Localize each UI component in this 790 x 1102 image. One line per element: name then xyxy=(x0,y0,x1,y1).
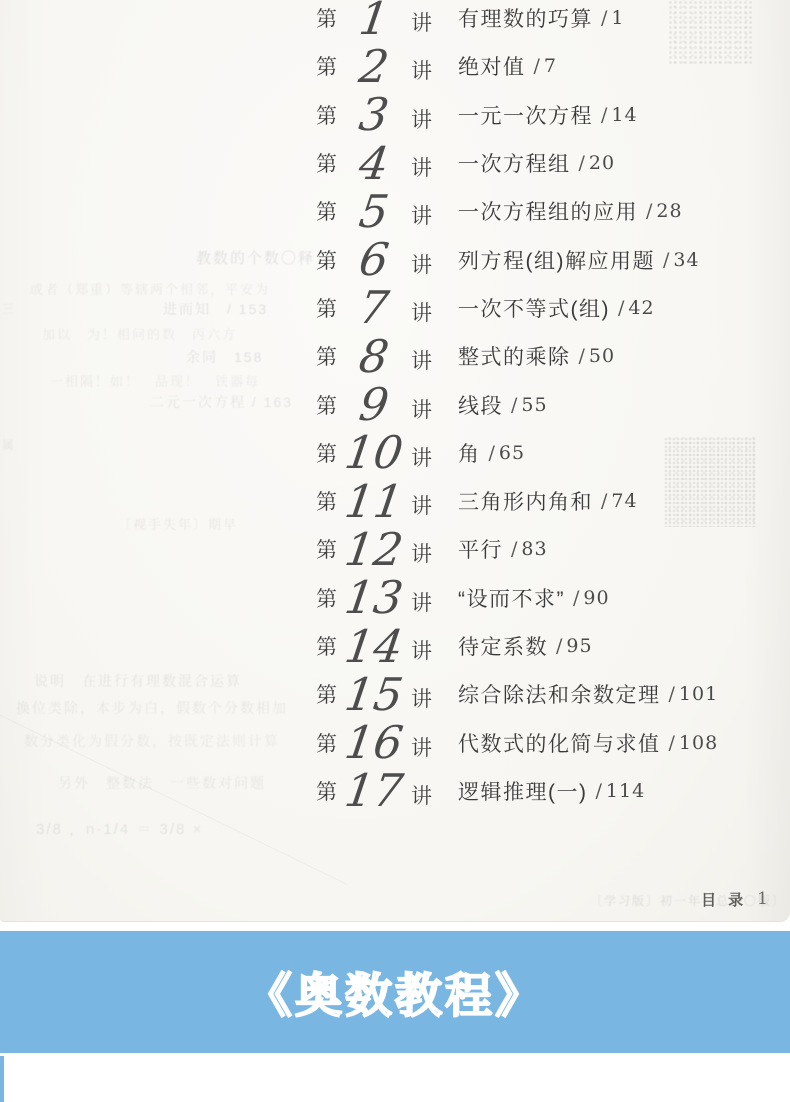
chapter-title: 一次方程组 xyxy=(458,148,571,178)
chapter-title: 一元一次方程 xyxy=(458,100,593,130)
chapter-title: 综合除法和余数定理 xyxy=(458,679,661,709)
page-footer: 目录 1 xyxy=(701,889,768,909)
scanned-toc-page: 第 1 讲 有理数的巧算 / 1 第 2 讲 绝对值 / 7 第 3 讲 一元一… xyxy=(0,0,790,922)
chapter-suffix: 讲 xyxy=(411,683,432,713)
chapter-separator: / xyxy=(601,104,607,126)
chapter-separator: / xyxy=(669,683,675,705)
chapter-title: 代数式的化简与求值 xyxy=(458,728,661,758)
chapter-prefix: 第 xyxy=(316,245,337,275)
chapter-suffix: 讲 xyxy=(411,249,432,279)
chapter-number: 12 xyxy=(334,527,414,572)
toc-entry: 第 11 讲 三角形内角和 / 74 xyxy=(0,477,790,525)
chapter-prefix: 第 xyxy=(316,631,337,661)
chapter-prefix: 第 xyxy=(316,341,337,371)
chapter-title: 线段 xyxy=(458,390,503,420)
chapter-separator: / xyxy=(579,345,585,367)
chapter-page-number: 90 xyxy=(583,587,609,609)
chapter-page-number: 34 xyxy=(673,249,699,271)
chapter-suffix: 讲 xyxy=(411,587,432,617)
chapter-suffix: 讲 xyxy=(411,297,432,327)
chapter-suffix: 讲 xyxy=(411,7,432,37)
toc-entry: 第 16 讲 代数式的化简与求值 / 108 xyxy=(0,718,790,766)
chapter-prefix: 第 xyxy=(316,100,337,130)
toc-list: 第 1 讲 有理数的巧算 / 1 第 2 讲 绝对值 / 7 第 3 讲 一元一… xyxy=(0,0,790,815)
chapter-number: 13 xyxy=(334,575,414,620)
chapter-number: 9 xyxy=(334,382,414,427)
chapter-number: 8 xyxy=(334,334,414,379)
chapter-title: 三角形内角和 xyxy=(458,486,593,516)
toc-entry: 第 6 讲 列方程(组)解应用题 / 34 xyxy=(0,235,790,283)
chapter-prefix: 第 xyxy=(316,438,337,468)
chapter-page-number: 42 xyxy=(628,297,654,319)
chapter-number: 11 xyxy=(334,479,414,524)
chapter-page-number: 65 xyxy=(499,442,525,464)
chapter-page-number: 74 xyxy=(611,490,637,512)
chapter-number: 7 xyxy=(334,285,414,330)
chapter-prefix: 第 xyxy=(316,3,337,33)
chapter-separator: / xyxy=(646,200,652,222)
chapter-prefix: 第 xyxy=(316,728,337,758)
book-title-banner: 《奥数教程》 xyxy=(0,931,790,1053)
chapter-prefix: 第 xyxy=(316,776,337,806)
chapter-title: 绝对值 xyxy=(458,51,526,81)
book-title: 《奥数教程》 xyxy=(245,959,545,1026)
ghost-bleedthrough-text: 3/8 ，n·1/4 ＝ 3/8 × xyxy=(36,818,203,839)
chapter-separator: / xyxy=(511,538,517,560)
chapter-suffix: 讲 xyxy=(411,635,432,665)
next-card-edge xyxy=(0,1056,4,1102)
chapter-separator: / xyxy=(663,249,669,271)
chapter-separator: / xyxy=(489,442,495,464)
chapter-title: 一次不等式(组) xyxy=(458,293,610,323)
chapter-page-number: 83 xyxy=(521,538,547,560)
chapter-prefix: 第 xyxy=(316,293,337,323)
chapter-suffix: 讲 xyxy=(411,442,432,472)
chapter-prefix: 第 xyxy=(316,196,337,226)
chapter-separator: / xyxy=(534,55,540,77)
chapter-prefix: 第 xyxy=(316,51,337,81)
chapter-suffix: 讲 xyxy=(411,780,432,810)
footer-section-label: 目录 xyxy=(701,889,755,910)
chapter-number: 14 xyxy=(334,624,414,669)
chapter-separator: / xyxy=(601,490,607,512)
chapter-separator: / xyxy=(556,635,562,657)
chapter-title: 平行 xyxy=(458,534,503,564)
chapter-separator: / xyxy=(601,7,607,29)
toc-entry: 第 15 讲 综合除法和余数定理 / 101 xyxy=(0,670,790,718)
chapter-page-number: 55 xyxy=(521,394,547,416)
toc-entry: 第 13 讲 “设而不求” / 90 xyxy=(0,574,790,622)
chapter-number: 10 xyxy=(334,430,414,475)
chapter-title: 整式的乘除 xyxy=(458,341,571,371)
toc-entry: 第 2 讲 绝对值 / 7 xyxy=(0,42,790,90)
chapter-suffix: 讲 xyxy=(411,538,432,568)
toc-entry: 第 17 讲 逻辑推理(一) / 114 xyxy=(0,767,790,815)
chapter-number: 15 xyxy=(334,672,414,717)
footer-page-number: 1 xyxy=(757,889,768,909)
chapter-suffix: 讲 xyxy=(411,345,432,375)
chapter-number: 6 xyxy=(334,237,414,282)
chapter-page-number: 108 xyxy=(679,732,718,754)
chapter-number: 1 xyxy=(334,0,414,41)
chapter-prefix: 第 xyxy=(316,583,337,613)
chapter-suffix: 讲 xyxy=(411,394,432,424)
chapter-separator: / xyxy=(596,780,602,802)
chapter-title: 待定系数 xyxy=(458,631,548,661)
chapter-separator: / xyxy=(669,732,675,754)
chapter-suffix: 讲 xyxy=(411,104,432,134)
chapter-title: 一次方程组的应用 xyxy=(458,196,638,226)
chapter-number: 3 xyxy=(334,92,414,137)
chapter-page-number: 1 xyxy=(611,7,624,29)
chapter-number: 4 xyxy=(334,141,414,186)
toc-entry: 第 5 讲 一次方程组的应用 / 28 xyxy=(0,187,790,235)
chapter-page-number: 101 xyxy=(679,683,718,705)
chapter-title: 列方程(组)解应用题 xyxy=(458,245,655,275)
toc-entry: 第 10 讲 角 / 65 xyxy=(0,429,790,477)
chapter-page-number: 7 xyxy=(544,55,557,77)
chapter-separator: / xyxy=(579,152,585,174)
toc-entry: 第 9 讲 线段 / 55 xyxy=(0,380,790,428)
toc-entry: 第 4 讲 一次方程组 / 20 xyxy=(0,139,790,187)
chapter-title: 角 xyxy=(458,438,481,468)
toc-entry: 第 14 讲 待定系数 / 95 xyxy=(0,622,790,670)
chapter-separator: / xyxy=(618,297,624,319)
chapter-number: 16 xyxy=(334,720,414,765)
toc-entry: 第 1 讲 有理数的巧算 / 1 xyxy=(0,0,790,42)
chapter-title: 有理数的巧算 xyxy=(458,3,593,33)
chapter-suffix: 讲 xyxy=(411,490,432,520)
chapter-suffix: 讲 xyxy=(411,152,432,182)
chapter-prefix: 第 xyxy=(316,534,337,564)
chapter-separator: / xyxy=(511,394,517,416)
chapter-number: 5 xyxy=(334,189,414,234)
chapter-page-number: 50 xyxy=(589,345,615,367)
chapter-title: “设而不求” xyxy=(458,583,565,613)
chapter-page-number: 20 xyxy=(589,152,615,174)
chapter-separator: / xyxy=(573,587,579,609)
chapter-suffix: 讲 xyxy=(411,732,432,762)
chapter-prefix: 第 xyxy=(316,486,337,516)
chapter-suffix: 讲 xyxy=(411,200,432,230)
chapter-page-number: 114 xyxy=(606,780,645,802)
toc-entry: 第 7 讲 一次不等式(组) / 42 xyxy=(0,284,790,332)
chapter-prefix: 第 xyxy=(316,390,337,420)
chapter-title: 逻辑推理(一) xyxy=(458,776,588,806)
chapter-prefix: 第 xyxy=(316,679,337,709)
chapter-page-number: 95 xyxy=(566,635,592,657)
chapter-number: 2 xyxy=(334,44,414,89)
toc-entry: 第 8 讲 整式的乘除 / 50 xyxy=(0,332,790,380)
chapter-page-number: 28 xyxy=(656,200,682,222)
chapter-suffix: 讲 xyxy=(411,55,432,85)
toc-entry: 第 12 讲 平行 / 83 xyxy=(0,525,790,573)
toc-entry: 第 3 讲 一元一次方程 / 14 xyxy=(0,91,790,139)
chapter-prefix: 第 xyxy=(316,148,337,178)
chapter-page-number: 14 xyxy=(611,104,637,126)
chapter-number: 17 xyxy=(334,768,414,813)
